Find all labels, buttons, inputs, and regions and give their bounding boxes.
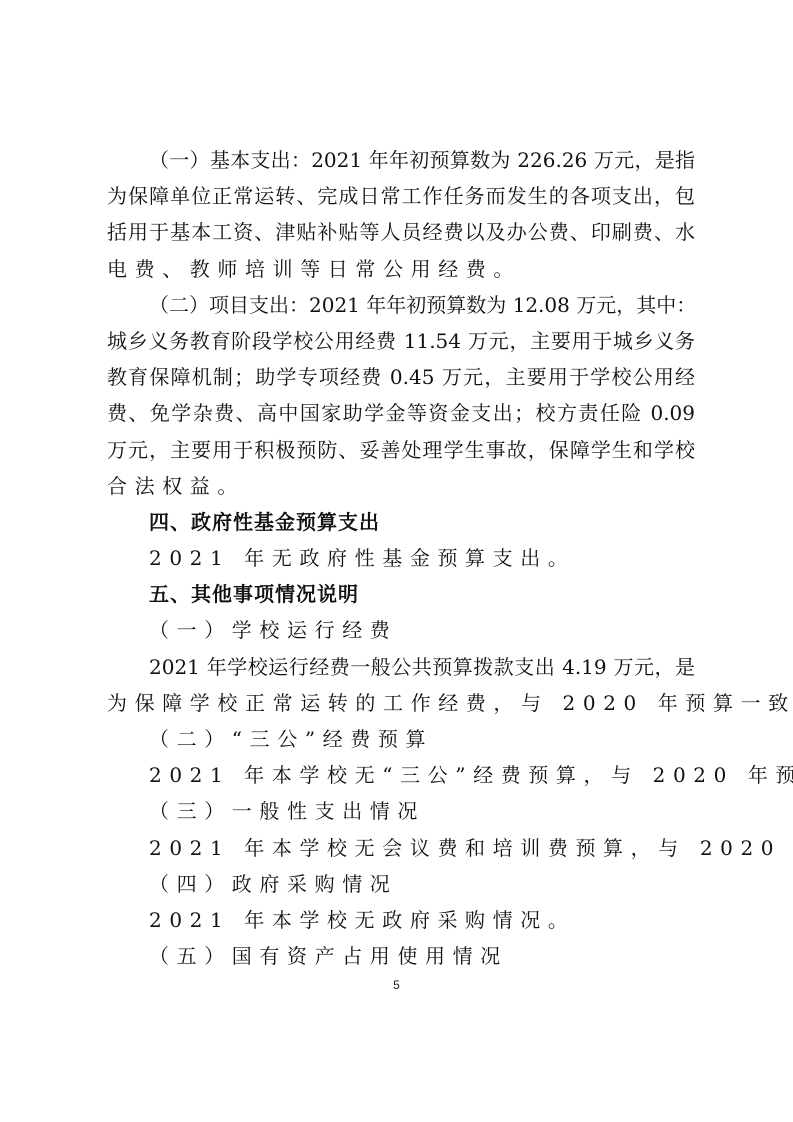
paragraph-line: 教育保障机制；助学专项经费 0.45 万元，主要用于学校公用经 [107, 359, 695, 395]
section-heading-other-matters: 五、其他事项情况说明 [107, 576, 695, 612]
subheading-operating-funds: （一）学校运行经费 [107, 612, 695, 648]
paragraph-government-fund: 2021 年无政府性基金预算支出。 [107, 540, 695, 576]
paragraph-line: 费、免学杂费、高中国家助学金等资金支出；校方责任险 0.09 [107, 395, 695, 431]
paragraph-line: 城乡义务教育阶段学校公用经费 11.54 万元，主要用于城乡义务 [107, 323, 695, 359]
paragraph-government-procurement: 2021 年本学校无政府采购情况。 [107, 902, 695, 938]
subheading-government-procurement: （四）政府采购情况 [107, 866, 695, 902]
subheading-state-assets: （五）国有资产占用使用情况 [107, 938, 695, 974]
paragraph-line: 电费、教师培训等日常公用经费。 [107, 251, 695, 287]
paragraph-line: 万元，主要用于积极预防、妥善处理学生事故，保障学生和学校 [107, 432, 695, 468]
paragraph-project-expenditure: （二）项目支出：2021 年年初预算数为 12.08 万元，其中： [107, 287, 695, 323]
paragraph-line: 括用于基本工资、津贴补贴等人员经费以及办公费、印刷费、水 [107, 214, 695, 250]
paragraph-general-expenditure: 2021 年本学校无会议费和培训费预算，与 2020 年预算一致。 [107, 830, 695, 866]
subheading-three-public-funds: （二）“三公”经费预算 [107, 721, 695, 757]
paragraph-line: 为保障单位正常运转、完成日常工作任务而发生的各项支出，包 [107, 178, 695, 214]
section-heading-government-fund: 四、政府性基金预算支出 [107, 504, 695, 540]
paragraph-three-public-funds: 2021 年本学校无“三公”经费预算，与 2020 年预算一致。 [107, 757, 695, 793]
subheading-general-expenditure: （三）一般性支出情况 [107, 793, 695, 829]
document-body: （一）基本支出：2021 年年初预算数为 226.26 万元，是指 为保障单位正… [107, 142, 695, 974]
page-number: 5 [0, 978, 793, 992]
document-page: （一）基本支出：2021 年年初预算数为 226.26 万元，是指 为保障单位正… [0, 0, 793, 1122]
paragraph-basic-expenditure: （一）基本支出：2021 年年初预算数为 226.26 万元，是指 [107, 142, 695, 178]
paragraph-operating-funds: 2021 年学校运行经费一般公共预算拨款支出 4.19 万元，是 [107, 649, 695, 685]
paragraph-line: 为保障学校正常运转的工作经费，与 2020 年预算一致。 [107, 685, 695, 721]
paragraph-line: 合法权益。 [107, 468, 695, 504]
